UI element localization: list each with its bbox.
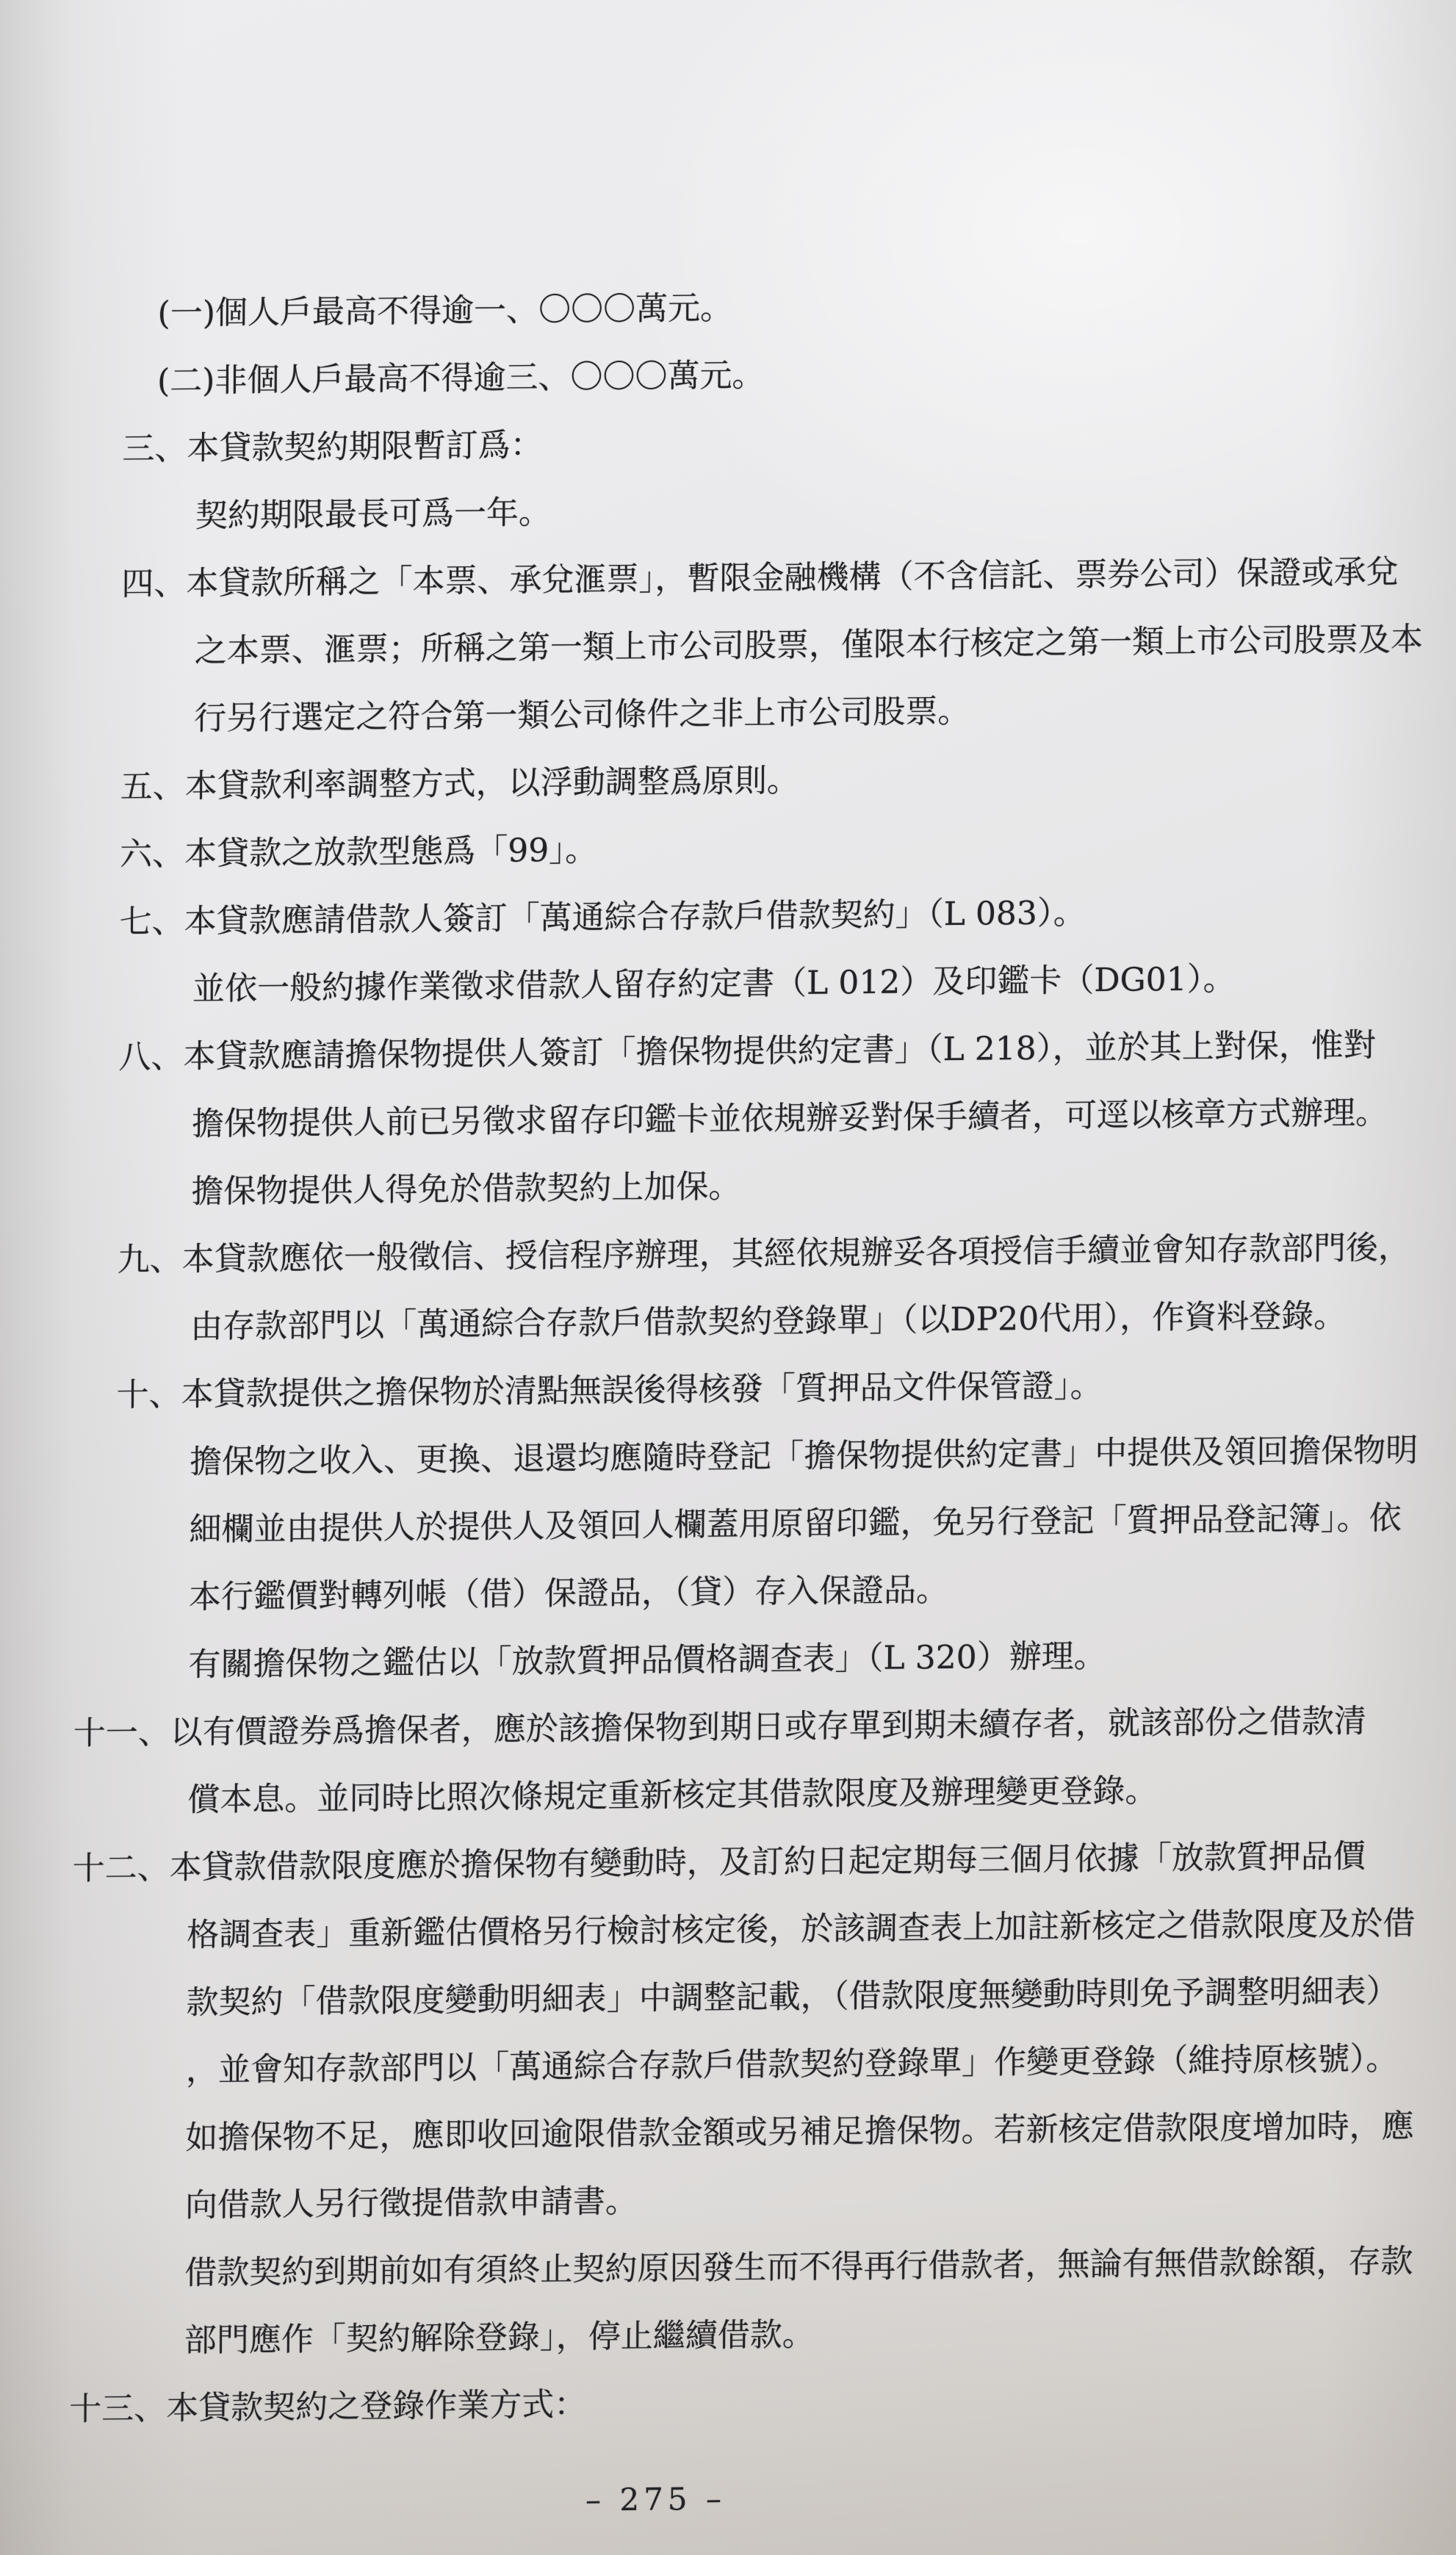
- document-body: (一)個人戶最高不得逾一、〇〇〇萬元。 (二)非個人戶最高不得逾三、〇〇〇萬元。…: [0, 267, 1456, 2540]
- page-number: – 275 –: [0, 2458, 1443, 2540]
- text-line: 由存款部門以「萬通綜合存款戶借款契約登錄單」（以DP20代用），作資料登錄。: [0, 1281, 1450, 1363]
- text-line: 細欄並由提供人於提供人及領回人欄蓋用原留印鑑，免另行登記「質押品登記簿」。依: [0, 1484, 1449, 1565]
- text-line: 如擔保物不足，應即收回逾限借款金額或另補足擔保物。若新核定借款限度增加時，應: [0, 2092, 1445, 2174]
- text-line: 十一、以有價證券爲擔保者，應於該擔保物到期日或存單到期未續存者，就該部份之借款清: [0, 1687, 1447, 1768]
- text-line: 之本票、滙票；所稱之第一類上市公司股票，僅限本行核定之第一類上市公司股票及本: [0, 605, 1454, 687]
- text-line: 借款契約到期前如有須終止契約原因發生而不得再行借款者，無論有無借款餘額，存款: [0, 2227, 1444, 2309]
- text-line: 十三、本貸款契約之登錄作業方式：: [0, 2363, 1444, 2444]
- text-line: 擔保物提供人前已另徵求留存印鑑卡並依規辦妥對保手續者，可逕以核章方式辦理。: [0, 1078, 1451, 1160]
